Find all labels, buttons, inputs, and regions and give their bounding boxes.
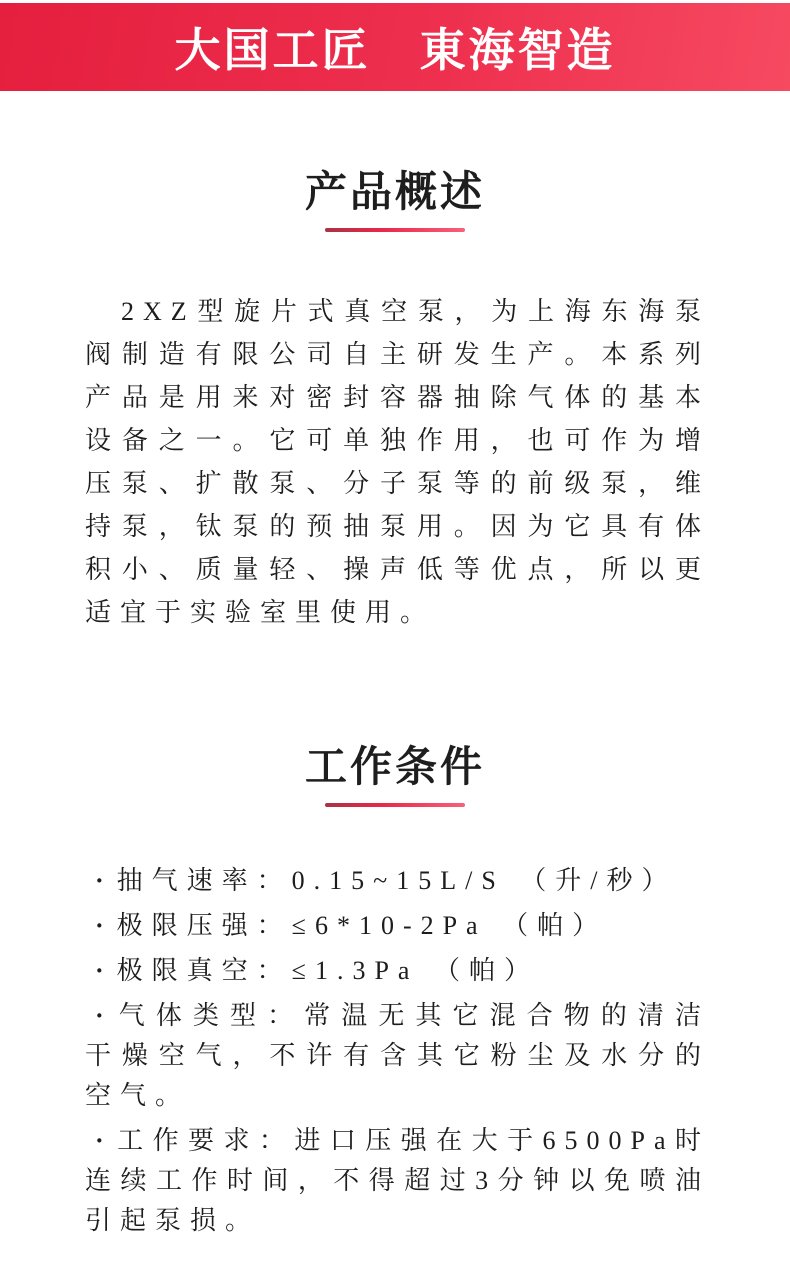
- bullet-dot: ·: [95, 861, 113, 901]
- condition-item-text: 工作要求：进口压强在大于6500Pa时连续工作时间，不得超过3分钟以免喷油引起泵…: [85, 1126, 710, 1235]
- bullet-dot: ·: [95, 906, 113, 946]
- condition-item-text: 极限压强：≤6*10-2Pa （帕）: [117, 911, 607, 940]
- condition-item-gas-type: ·气体类型：常温无其它混合物的清洁干燥空气，不许有含其它粉尘及水分的空气。: [85, 996, 710, 1116]
- title-underline: [325, 228, 465, 232]
- overview-section-title: 产品概述: [0, 171, 790, 213]
- condition-item-text: 抽气速率：0.15~15L/S （升/秒）: [117, 866, 677, 895]
- banner-slogan: 大国工匠 東海智造: [175, 14, 616, 80]
- condition-item-work-requirement: ·工作要求：进口压强在大于6500Pa时连续工作时间，不得超过3分钟以免喷油引起…: [85, 1121, 710, 1241]
- title-underline: [325, 803, 465, 807]
- condition-item-limit-pressure: ·极限压强：≤6*10-2Pa （帕）: [85, 906, 710, 946]
- section-overview: 产品概述 2XZ型旋片式真空泵，为上海东海泵阀制造有限公司自主研发生产。本系列产…: [0, 171, 790, 634]
- condition-item-text: 极限真空：≤1.3Pa （帕）: [117, 956, 539, 985]
- bullet-dot: ·: [95, 951, 113, 991]
- bullet-dot: ·: [95, 996, 113, 1036]
- bullet-dot: ·: [95, 1121, 113, 1161]
- section-working-conditions: 工作条件 ·抽气速率：0.15~15L/S （升/秒） ·极限压强：≤6*10-…: [0, 746, 790, 1241]
- condition-item-pumping-speed: ·抽气速率：0.15~15L/S （升/秒）: [85, 861, 710, 901]
- top-banner: 大国工匠 東海智造: [0, 3, 790, 91]
- overview-paragraph: 2XZ型旋片式真空泵，为上海东海泵阀制造有限公司自主研发生产。本系列产品是用来对…: [85, 290, 710, 634]
- product-page: 大国工匠 東海智造 产品概述 2XZ型旋片式真空泵，为上海东海泵阀制造有限公司自…: [0, 0, 790, 1287]
- conditions-list: ·抽气速率：0.15~15L/S （升/秒） ·极限压强：≤6*10-2Pa （…: [85, 861, 710, 1241]
- condition-item-limit-vacuum: ·极限真空：≤1.3Pa （帕）: [85, 951, 710, 991]
- conditions-section-title: 工作条件: [0, 746, 790, 788]
- condition-item-text: 气体类型：常温无其它混合物的清洁干燥空气，不许有含其它粉尘及水分的空气。: [85, 1001, 710, 1110]
